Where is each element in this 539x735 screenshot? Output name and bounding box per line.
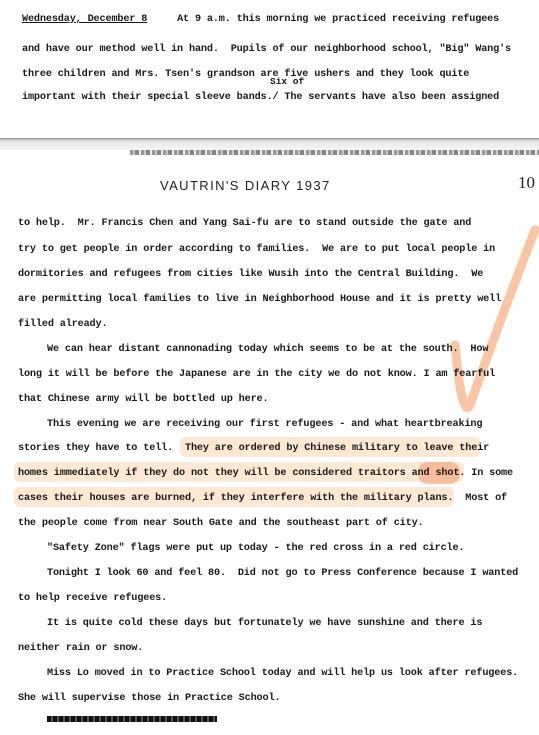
diary-line: This evening we are receiving our first … [47, 419, 482, 430]
running-head: VAUTRIN'S DIARY 1937 [160, 178, 331, 193]
diary-line: "Safety Zone" flags were put up today - … [47, 543, 464, 554]
diary-line: homes immediately if they do not they wi… [18, 468, 513, 479]
diary-line: that Chinese army will be bottled up her… [18, 394, 268, 405]
diary-line: try to get people in order according to … [18, 244, 495, 255]
diary-line: filled already. [18, 319, 107, 330]
diary-line: Tonight I look 60 and feel 80. Did not g… [47, 568, 518, 579]
diary-line: are permitting local families to live in… [18, 294, 501, 305]
diary-line: the people come from near South Gate and… [18, 518, 424, 529]
diary-line: dormitories and refugees from cities lik… [18, 269, 483, 280]
page-number: 10 [518, 173, 535, 193]
diary-line: We can hear distant cannonading today wh… [47, 344, 488, 355]
diary-line: stories they have to tell. They are orde… [18, 443, 489, 454]
diary-line: Miss Lo moved in to Practice School toda… [47, 668, 518, 679]
diary-line: to help receive refugees. [18, 593, 167, 604]
diary-line: She will supervise those in Practice Sch… [18, 693, 280, 704]
diary-line: neither rain or snow. [18, 643, 143, 654]
struck-through-text [47, 716, 217, 722]
diary-line: It is quite cold these days but fortunat… [47, 618, 482, 629]
diary-line: long it will be before the Japanese are … [18, 369, 495, 380]
diary-line: to help. Mr. Francis Chen and Yang Sai-f… [18, 218, 471, 229]
diary-line: cases their houses are burned, if they i… [18, 493, 507, 504]
